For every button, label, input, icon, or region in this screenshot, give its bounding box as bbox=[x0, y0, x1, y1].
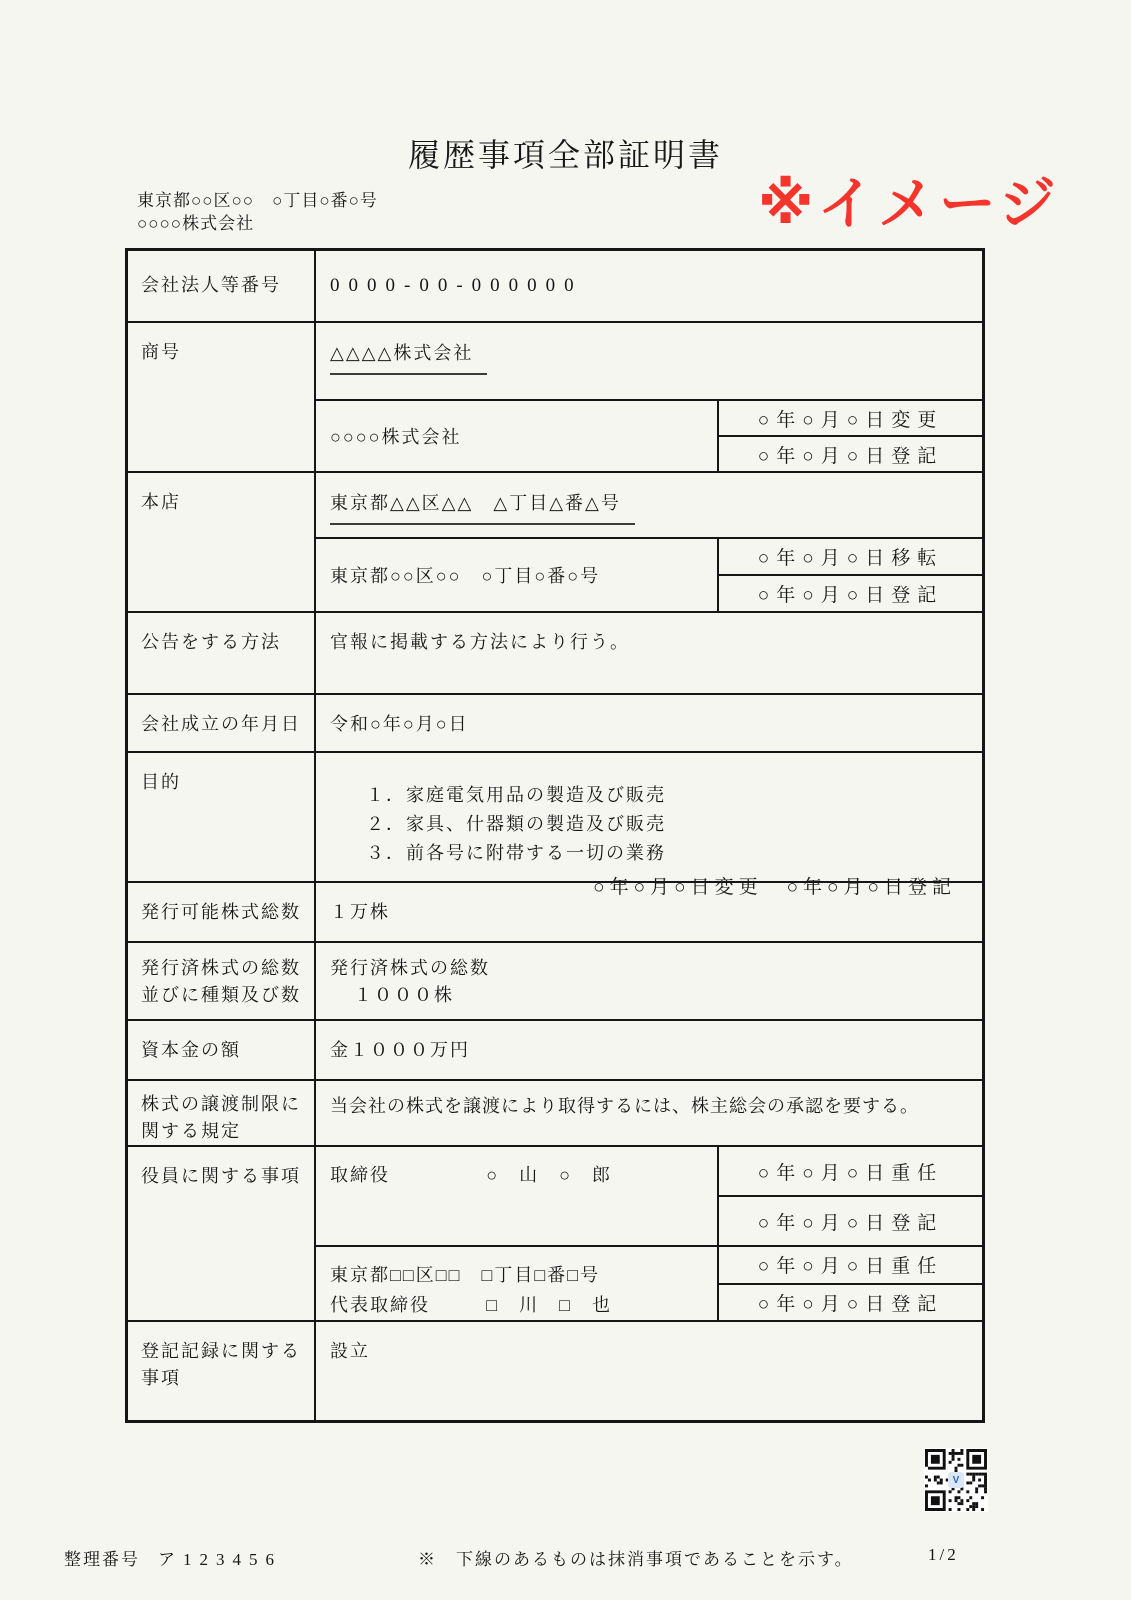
row-purpose: 目的 １．家庭電気用品の製造及び販売 ２．家具、什器類の製造及び販売 ３．前各号… bbox=[128, 751, 982, 881]
head-office-registration-date: ○年○月○日登記 bbox=[719, 574, 982, 611]
trade-name-dates: ○年○月○日変更 ○年○月○日登記 bbox=[717, 401, 982, 471]
addressee-company: ○○○○株式会社 bbox=[137, 212, 378, 235]
qr-code: V bbox=[924, 1448, 988, 1512]
row-issued-shares: 発行済株式の総数並びに種類及び数 発行済株式の総数 １０００株 bbox=[128, 941, 982, 1019]
addressee-address: 東京都○○区○○ ○丁目○番○号 bbox=[137, 189, 378, 212]
director-name: ○ 山 ○ 郎 bbox=[486, 1161, 612, 1187]
underline-note: ※ 下線のあるものは抹消事項であることを示す。 bbox=[418, 1545, 854, 1570]
transfer-restriction-label: 株式の譲渡制限に関する規定 bbox=[128, 1081, 316, 1145]
representative-dates: ○年○月○日重任 ○年○月○日登記 bbox=[717, 1247, 982, 1320]
trade-name-current: ○○○○株式会社 bbox=[316, 401, 717, 471]
incorporation-label: 会社成立の年月日 bbox=[128, 695, 316, 751]
director-dates: ○年○月○日重任 ○年○月○日登記 bbox=[717, 1147, 982, 1245]
public-notice-label: 公告をする方法 bbox=[128, 613, 316, 693]
reference-number-value: ア123456 bbox=[158, 1550, 282, 1569]
purpose-item-3: ３．前各号に附帯する一切の業務 bbox=[366, 839, 972, 868]
purpose-label: 目的 bbox=[128, 753, 316, 881]
transfer-restriction-value: 当会社の株式を譲渡により取得するには、株主総会の承認を要する。 bbox=[316, 1081, 982, 1145]
purpose-values: １．家庭電気用品の製造及び販売 ２．家具、什器類の製造及び販売 ３．前各号に附帯… bbox=[316, 753, 982, 881]
capital-label: 資本金の額 bbox=[128, 1021, 316, 1079]
page-indicator: 1/2 bbox=[928, 1545, 959, 1565]
trade-name-former: △△△△株式会社 bbox=[330, 339, 487, 375]
authorized-shares-value: １万株 bbox=[316, 883, 982, 941]
corporate-number-value: 0000-00-000000 bbox=[316, 251, 982, 321]
head-office-move-date: ○年○月○日移転 bbox=[719, 539, 982, 574]
head-office-current-wrap: 東京都○○区○○ ○丁目○番○号 ○年○月○日移転 ○年○月○日登記 bbox=[316, 537, 982, 611]
row-incorporation-date: 会社成立の年月日 令和○年○月○日 bbox=[128, 693, 982, 751]
director-reappointment-date: ○年○月○日重任 bbox=[719, 1147, 982, 1195]
representative-title-name: 代表取締役 □ 川 □ 也 bbox=[330, 1290, 707, 1320]
public-notice-value: 官報に掲載する方法により行う。 bbox=[316, 613, 982, 693]
trade-name-former-wrap: △△△△株式会社 bbox=[316, 323, 982, 399]
registry-record-value: 設立 bbox=[316, 1322, 982, 1420]
row-registry-record: 登記記録に関する事項 設立 bbox=[128, 1320, 982, 1420]
representative-title: 代表取締役 bbox=[330, 1290, 430, 1320]
issued-shares-value-line2: １０００株 bbox=[330, 982, 972, 1009]
row-capital: 資本金の額 金１０００万円 bbox=[128, 1019, 982, 1079]
purpose-item-2: ２．家具、什器類の製造及び販売 bbox=[366, 810, 972, 839]
capital-value: 金１０００万円 bbox=[316, 1021, 982, 1079]
officer-director-entry: 取締役 ○ 山 ○ 郎 bbox=[316, 1147, 717, 1245]
issued-shares-value: 発行済株式の総数 １０００株 bbox=[316, 943, 982, 1019]
officer-representative-entry: 東京都□□区□□ □丁目□番□号 代表取締役 □ 川 □ 也 bbox=[316, 1247, 717, 1320]
director-title: 取締役 bbox=[330, 1161, 390, 1187]
trade-name-change-date: ○年○月○日変更 bbox=[719, 401, 982, 435]
row-officers: 役員に関する事項 取締役 ○ 山 ○ 郎 ○年○月○日重任 ○年○月○日登記 東… bbox=[128, 1145, 982, 1320]
head-office-current: 東京都○○区○○ ○丁目○番○号 bbox=[316, 539, 717, 611]
head-office-former-wrap: 東京都△△区△△ △丁目△番△号 bbox=[316, 473, 982, 537]
officer-director-row: 取締役 ○ 山 ○ 郎 ○年○月○日重任 ○年○月○日登記 bbox=[316, 1147, 982, 1245]
officers-values: 取締役 ○ 山 ○ 郎 ○年○月○日重任 ○年○月○日登記 東京都□□区□□ □… bbox=[316, 1147, 982, 1320]
representative-name: □ 川 □ 也 bbox=[486, 1290, 612, 1320]
issued-shares-value-line1: 発行済株式の総数 bbox=[330, 955, 972, 982]
addressee-block: 東京都○○区○○ ○丁目○番○号 ○○○○株式会社 bbox=[137, 189, 378, 235]
representative-registration-date: ○年○月○日登記 bbox=[719, 1283, 982, 1321]
corporate-number-label: 会社法人等番号 bbox=[128, 251, 316, 321]
head-office-former: 東京都△△区△△ △丁目△番△号 bbox=[330, 489, 635, 525]
row-transfer-restriction: 株式の譲渡制限に関する規定 当会社の株式を譲渡により取得するには、株主総会の承認… bbox=[128, 1079, 982, 1145]
trade-name-values: △△△△株式会社 ○○○○株式会社 ○年○月○日変更 ○年○月○日登記 bbox=[316, 323, 982, 471]
director-registration-date: ○年○月○日登記 bbox=[719, 1195, 982, 1245]
registry-table: 会社法人等番号 0000-00-000000 商号 △△△△株式会社 ○○○○株… bbox=[125, 248, 985, 1423]
representative-reappointment-date: ○年○月○日重任 bbox=[719, 1247, 982, 1283]
reference-number-label: 整理番号 bbox=[64, 1550, 140, 1569]
purpose-item-list: １．家庭電気用品の製造及び販売 ２．家具、什器類の製造及び販売 ３．前各号に附帯… bbox=[316, 753, 982, 868]
trade-name-current-wrap: ○○○○株式会社 ○年○月○日変更 ○年○月○日登記 bbox=[316, 399, 982, 471]
trade-name-registration-date: ○年○月○日登記 bbox=[719, 435, 982, 471]
head-office-values: 東京都△△区△△ △丁目△番△号 東京都○○区○○ ○丁目○番○号 ○年○月○日… bbox=[316, 473, 982, 611]
row-trade-name: 商号 △△△△株式会社 ○○○○株式会社 ○年○月○日変更 ○年○月○日登記 bbox=[128, 321, 982, 471]
qr-center-logo: V bbox=[948, 1472, 964, 1488]
row-public-notice: 公告をする方法 官報に掲載する方法により行う。 bbox=[128, 611, 982, 693]
representative-address: 東京都□□区□□ □丁目□番□号 bbox=[330, 1260, 707, 1290]
incorporation-value: 令和○年○月○日 bbox=[316, 695, 982, 751]
issued-shares-label: 発行済株式の総数並びに種類及び数 bbox=[128, 943, 316, 1019]
registry-record-label: 登記記録に関する事項 bbox=[128, 1322, 316, 1420]
officer-representative-row: 東京都□□区□□ □丁目□番□号 代表取締役 □ 川 □ 也 ○年○月○日重任 … bbox=[316, 1245, 982, 1320]
purpose-item-1: １．家庭電気用品の製造及び販売 bbox=[366, 781, 972, 810]
head-office-label: 本店 bbox=[128, 473, 316, 611]
head-office-dates: ○年○月○日移転 ○年○月○日登記 bbox=[717, 539, 982, 611]
row-authorized-shares: 発行可能株式総数 １万株 bbox=[128, 881, 982, 941]
certificate-page: 履歴事項全部証明書 ※イメージ 東京都○○区○○ ○丁目○番○号 ○○○○株式会… bbox=[0, 0, 1131, 1600]
row-corporate-number: 会社法人等番号 0000-00-000000 bbox=[128, 251, 982, 321]
officers-label: 役員に関する事項 bbox=[128, 1147, 316, 1320]
trade-name-label: 商号 bbox=[128, 323, 316, 471]
reference-number-block: 整理番号ア123456 bbox=[64, 1545, 282, 1570]
image-watermark-stamp: ※イメージ bbox=[758, 158, 1060, 240]
corporate-number-digits: 0000-00-000000 bbox=[330, 275, 583, 296]
authorized-shares-label: 発行可能株式総数 bbox=[128, 883, 316, 941]
row-head-office: 本店 東京都△△区△△ △丁目△番△号 東京都○○区○○ ○丁目○番○号 ○年○… bbox=[128, 471, 982, 611]
